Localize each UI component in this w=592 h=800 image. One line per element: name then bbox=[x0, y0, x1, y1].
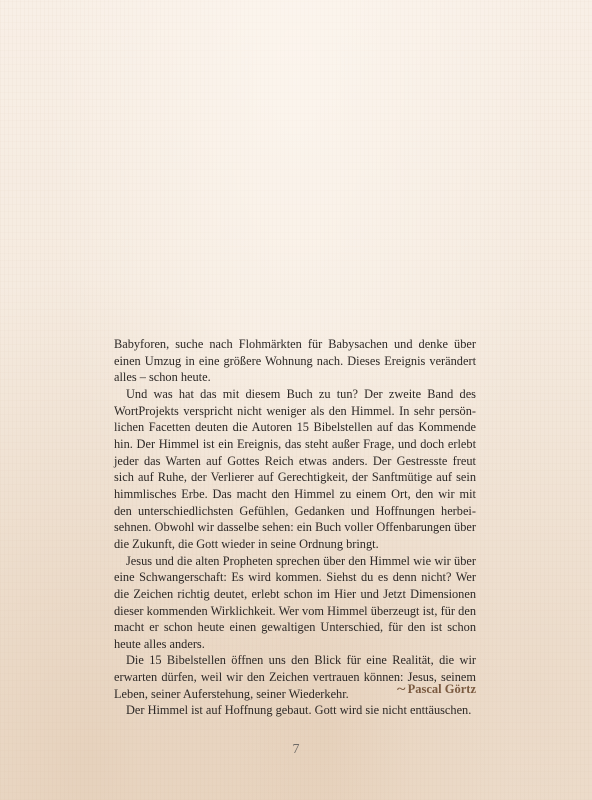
paragraph-1: Babyforen, suche nach Flohmärkten für Ba… bbox=[114, 336, 476, 386]
author-signature: ~Pascal Görtz bbox=[370, 682, 476, 697]
tilde-dash-icon: ~ bbox=[397, 682, 405, 697]
paragraph-3: Jesus und die alten Propheten sprechen ü… bbox=[114, 553, 476, 653]
paragraph-2: Und was hat das mit diesem Buch zu tun? … bbox=[114, 386, 476, 553]
page-number: 7 bbox=[293, 742, 300, 758]
author-name: Pascal Görtz bbox=[408, 682, 476, 696]
body-text: Babyforen, suche nach Flohmärkten für Ba… bbox=[114, 336, 476, 719]
paragraph-5: Der Himmel ist auf Hoffnung gebaut. Gott… bbox=[114, 702, 476, 719]
book-page: Babyforen, suche nach Flohmärkten für Ba… bbox=[0, 0, 592, 800]
